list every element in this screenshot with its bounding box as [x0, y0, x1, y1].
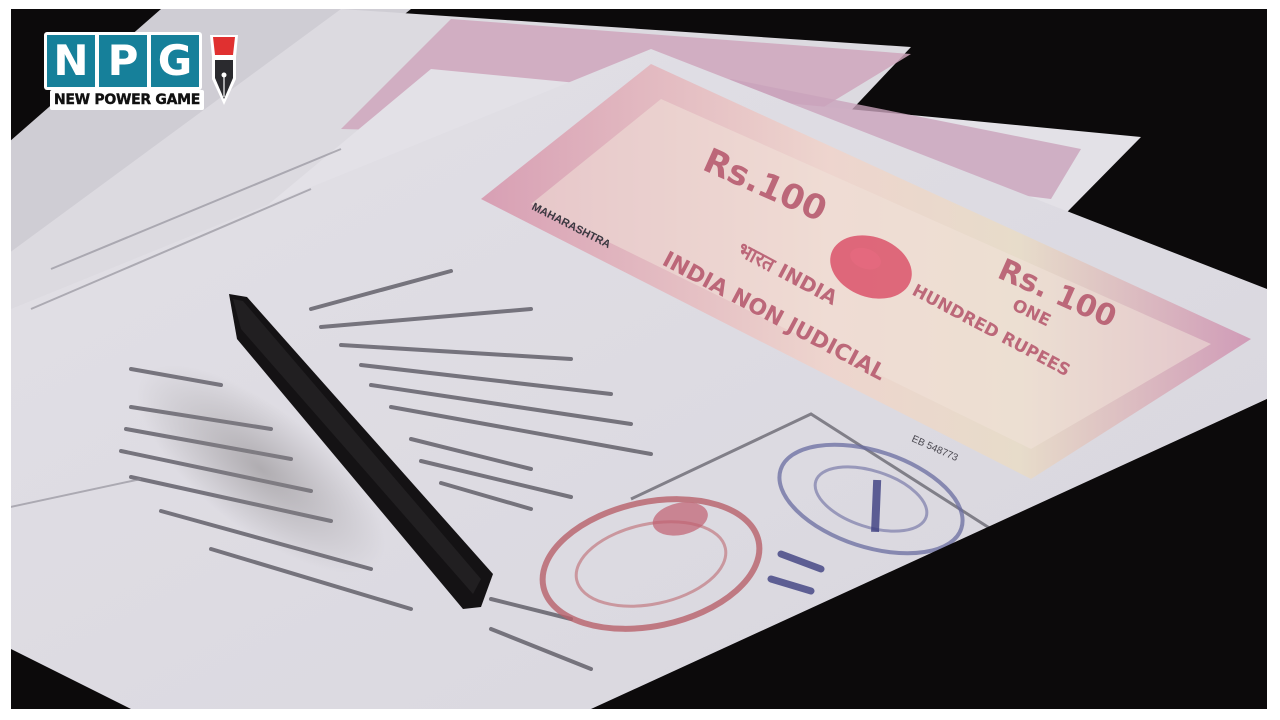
fountain-pen-nib-icon: [210, 35, 238, 107]
npg-logo: N P G NEW POWER GAME: [44, 32, 240, 112]
photo-scene: Rs.100 भारत INDIA INDIA NON JUDICIAL Rs.…: [11, 9, 1267, 709]
logo-letter-tiles: N P G: [44, 32, 202, 90]
logo-letter-p: P: [99, 35, 147, 87]
logo-tagline: NEW POWER GAME: [50, 90, 204, 110]
logo-letter-g: G: [151, 35, 199, 87]
logo-letter-n: N: [47, 35, 95, 87]
stamp-paper-photo: Rs.100 भारत INDIA INDIA NON JUDICIAL Rs.…: [11, 9, 1267, 709]
